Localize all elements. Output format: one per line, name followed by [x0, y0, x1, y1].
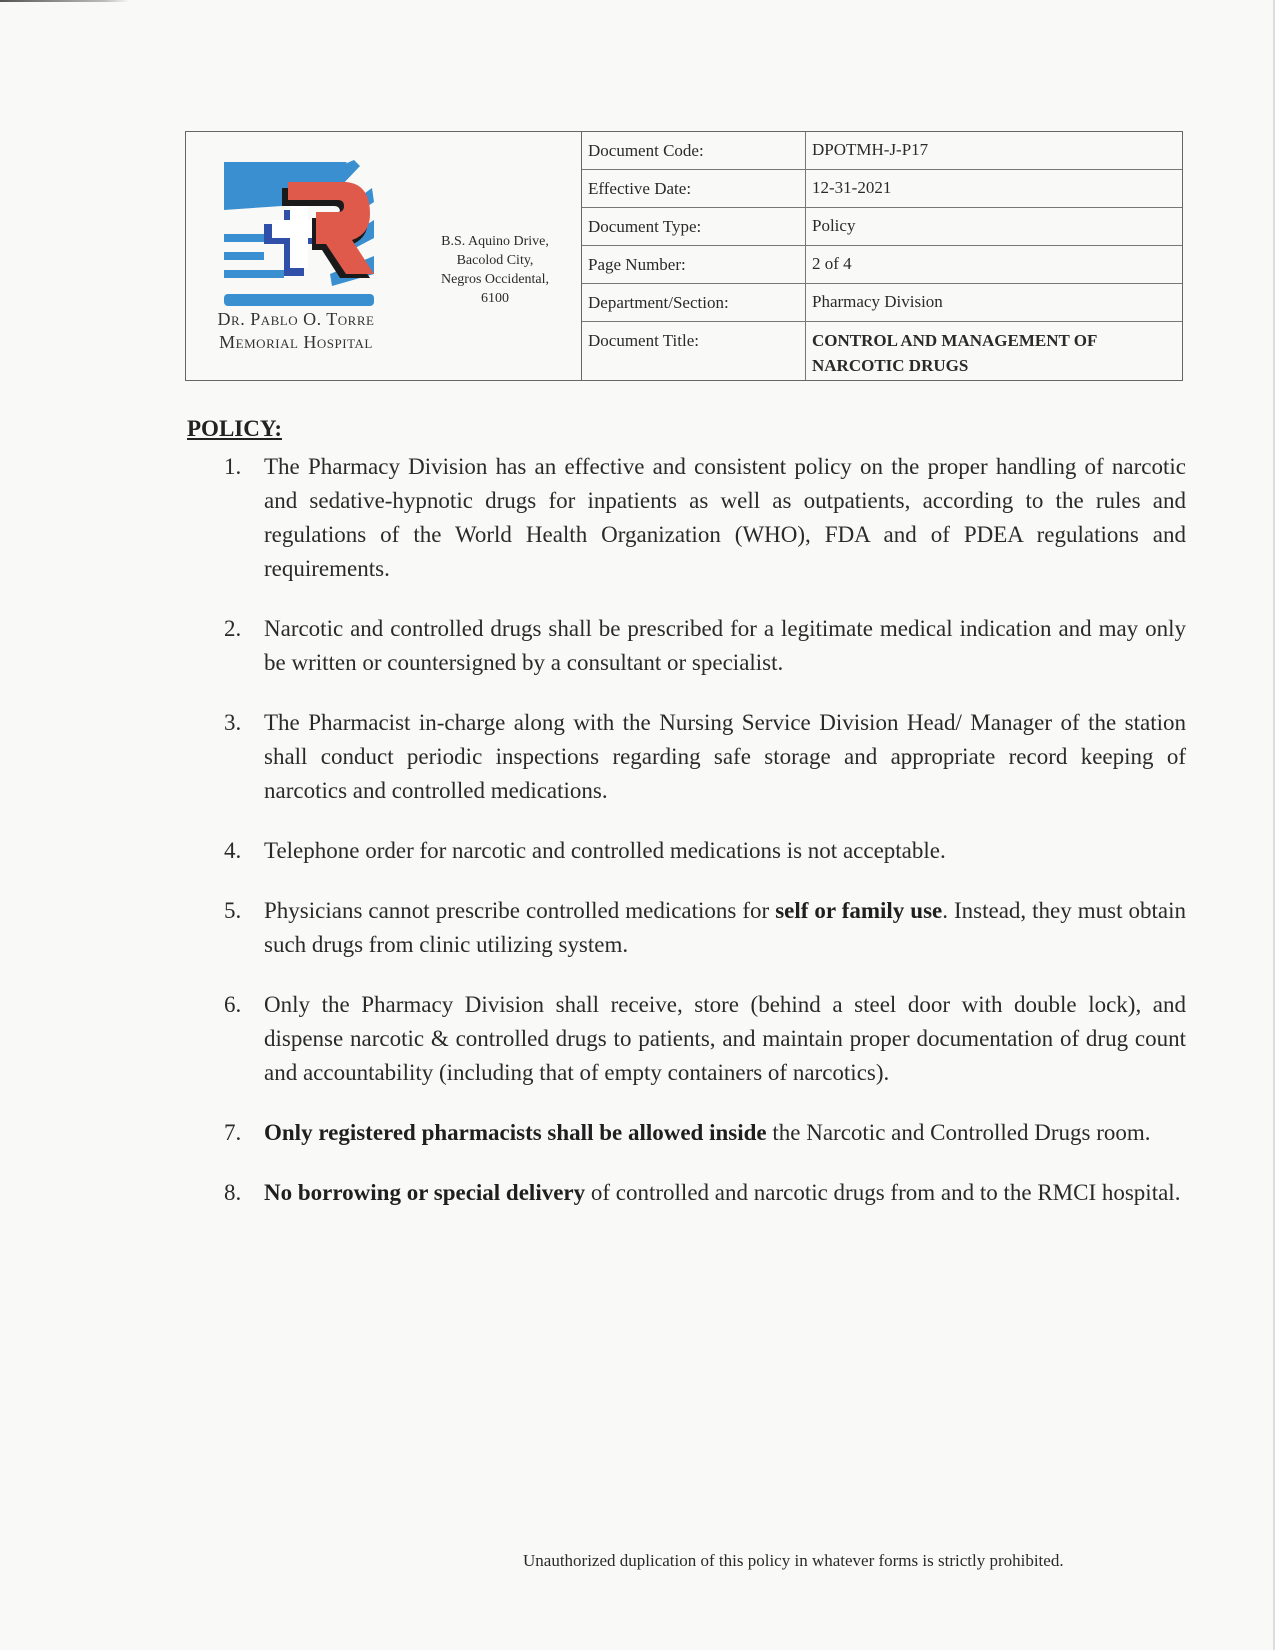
meta-row-page-number: Page Number: 2 of 4 [582, 246, 1182, 284]
meta-label: Document Title: [582, 322, 806, 380]
meta-label: Department/Section: [582, 284, 806, 321]
policy-text: Narcotic and controlled drugs shall be p… [264, 616, 1186, 675]
meta-label: Effective Date: [582, 170, 806, 207]
hospital-name: Dr. Pablo O. Torre Memorial Hospital [191, 308, 401, 354]
hospital-logo-icon [222, 158, 376, 308]
meta-label: Document Code: [582, 132, 806, 169]
hospital-brand: Dr. Pablo O. Torre Memorial Hospital B.S… [186, 132, 582, 380]
address-line: B.S. Aquino Drive, [414, 232, 576, 251]
policy-item: 4.Telephone order for narcotic and contr… [224, 834, 1186, 868]
policy-text: of controlled and narcotic drugs from an… [585, 1180, 1180, 1205]
policy-item: 1.The Pharmacy Division has an effective… [224, 450, 1186, 586]
policy-item-number: 4. [224, 834, 241, 868]
policy-text: Telephone order for narcotic and control… [264, 838, 946, 863]
policy-item-number: 8. [224, 1176, 241, 1210]
address-line: Negros Occidental, [414, 270, 576, 289]
policy-item-number: 3. [224, 706, 241, 740]
hospital-address: B.S. Aquino Drive, Bacolod City, Negros … [414, 232, 576, 308]
policy-item-number: 2. [224, 612, 241, 646]
policy-heading: POLICY: [187, 416, 282, 442]
meta-value: DPOTMH-J-P17 [806, 132, 1182, 169]
policy-text: The Pharmacy Division has an effective a… [264, 454, 1186, 581]
meta-row-document-code: Document Code: DPOTMH-J-P17 [582, 132, 1182, 170]
policy-item: 2.Narcotic and controlled drugs shall be… [224, 612, 1186, 680]
meta-value: Policy [806, 208, 1182, 245]
policy-emphasis: No borrowing or special delivery [264, 1180, 585, 1205]
policy-text: Only the Pharmacy Division shall receive… [264, 992, 1186, 1085]
meta-value: 12-31-2021 [806, 170, 1182, 207]
meta-label: Page Number: [582, 246, 806, 283]
policy-item: 3.The Pharmacist in-charge along with th… [224, 706, 1186, 808]
hospital-name-line2: Memorial Hospital [191, 331, 401, 354]
meta-row-effective-date: Effective Date: 12-31-2021 [582, 170, 1182, 208]
meta-row-document-title: Document Title: CONTROL AND MANAGEMENT O… [582, 322, 1182, 380]
policy-emphasis: Only registered pharmacists shall be all… [264, 1120, 767, 1145]
meta-label: Document Type: [582, 208, 806, 245]
policy-text: The Pharmacist in-charge along with the … [264, 710, 1186, 803]
policy-text: Physicians cannot prescribe controlled m… [264, 898, 775, 923]
meta-row-department: Department/Section: Pharmacy Division [582, 284, 1182, 322]
policy-item: 6.Only the Pharmacy Division shall recei… [224, 988, 1186, 1090]
document-meta-table: Document Code: DPOTMH-J-P17 Effective Da… [582, 132, 1182, 380]
address-line: 6100 [414, 289, 576, 308]
policy-item: 7.Only registered pharmacists shall be a… [224, 1116, 1186, 1150]
policy-item-number: 7. [224, 1116, 241, 1150]
policy-text: the Narcotic and Controlled Drugs room. [767, 1120, 1151, 1145]
meta-value: 2 of 4 [806, 246, 1182, 283]
policy-item: 8.No borrowing or special delivery of co… [224, 1176, 1186, 1210]
hospital-name-line1: Dr. Pablo O. Torre [191, 308, 401, 331]
policy-item-number: 6. [224, 988, 241, 1022]
policy-item: 5.Physicians cannot prescribe controlled… [224, 894, 1186, 962]
scan-edge-artifact [0, 0, 130, 2]
footer-notice: Unauthorized duplication of this policy … [523, 1551, 1064, 1571]
policy-item-number: 1. [224, 450, 241, 484]
document-title: CONTROL AND MANAGEMENT OF NARCOTIC DRUGS [806, 322, 1182, 380]
meta-row-document-type: Document Type: Policy [582, 208, 1182, 246]
meta-value: Pharmacy Division [806, 284, 1182, 321]
policy-list: 1.The Pharmacy Division has an effective… [224, 450, 1186, 1210]
policy-item-number: 5. [224, 894, 241, 928]
address-line: Bacolod City, [414, 251, 576, 270]
policy-emphasis: self or family use [775, 898, 942, 923]
document-header: Dr. Pablo O. Torre Memorial Hospital B.S… [185, 131, 1183, 381]
